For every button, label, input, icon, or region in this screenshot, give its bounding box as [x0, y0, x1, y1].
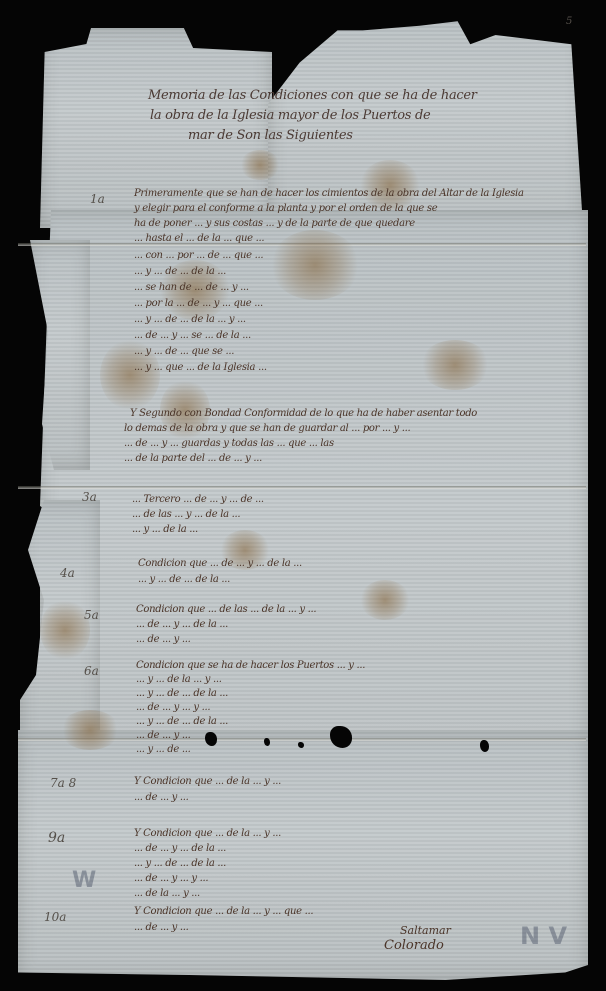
text-line: Condicion que ... de ... y ... de la ... — [138, 558, 302, 569]
water-stain — [270, 230, 360, 300]
text-line: ... y ... de ... de la ... — [136, 716, 228, 727]
margin-number: 5a — [84, 608, 99, 622]
text-line: ... de ... y ... guardas y todas las ...… — [124, 438, 334, 449]
text-line: ... se han de ... de ... y ... — [134, 282, 249, 293]
water-stain — [60, 710, 120, 750]
text-line: ... de ... y ... — [134, 922, 189, 933]
text-line: y elegir para el conforme a la planta y … — [134, 203, 437, 214]
margin-number: 7a 8 — [50, 776, 76, 790]
fold-line-2 — [18, 486, 586, 489]
text-line: ... de ... y ... se ... de la ... — [134, 330, 251, 341]
text-line: ha de poner ... y sus costas ... y de la… — [134, 218, 415, 229]
text-line: lo demas de la obra y que se han de guar… — [124, 423, 410, 434]
text-line: ... y ... de ... de la ... — [134, 266, 226, 277]
worm-hole — [330, 726, 352, 748]
text-line: ... de la ... y ... — [134, 888, 200, 899]
text-line: ... por la ... de ... y ... que ... — [134, 298, 263, 309]
water-stain — [40, 600, 90, 660]
text-line: Primeramente que se han de hacer los cim… — [134, 188, 524, 199]
paper-left-flap — [30, 240, 90, 470]
text-line: Condicion que ... de las ... de la ... y… — [136, 604, 316, 615]
text-line: Y Condicion que ... de la ... y ... — [134, 776, 281, 787]
text-line: ... y ... de la ... — [132, 524, 198, 535]
margin-number: 3a — [82, 490, 97, 504]
page-number: 5 — [566, 16, 572, 27]
worm-hole — [298, 742, 304, 748]
text-line: ... y ... de ... de la ... — [136, 688, 228, 699]
worm-hole — [480, 740, 489, 752]
margin-number: 4a — [60, 566, 75, 580]
text-line: Y Segundo con Bondad Conformidad de lo q… — [130, 408, 477, 419]
text-line: ... de ... y ... y ... — [136, 702, 210, 713]
text-line: ... hasta el ... de la ... que ... — [134, 233, 264, 244]
text-line: Condicion que se ha de hacer los Puertos… — [136, 660, 365, 671]
text-line: ... de la parte del ... de ... y ... — [124, 453, 262, 464]
text-line: ... y ... de la ... y ... — [136, 674, 222, 685]
margin-number: 6a — [84, 664, 99, 678]
pencil-mark: N V — [520, 922, 567, 950]
margin-number: 10a — [44, 910, 66, 924]
text-line: ... de ... y ... — [136, 730, 191, 741]
signature-above: Saltamar — [400, 924, 451, 937]
worm-hole — [264, 738, 270, 746]
text-line: ... Tercero ... de ... y ... de ... — [132, 494, 264, 505]
margin-number: 9a — [48, 830, 65, 846]
document-title: Memoria de las Condiciones con que se ha… — [140, 88, 560, 158]
text-line: ... de ... y ... y ... — [134, 873, 208, 884]
text-line: ... de ... y ... de la ... — [134, 843, 226, 854]
text-line: ... de ... y ... — [134, 792, 189, 803]
title-line: la obra de la Iglesia mayor de los Puert… — [150, 108, 430, 123]
text-line: ... de ... y ... de la ... — [136, 619, 228, 630]
text-line: ... de las ... y ... de la ... — [132, 509, 240, 520]
text-line: ... y ... de ... de la ... — [138, 574, 230, 585]
text-line: Y Condicion que ... de la ... y ... que … — [134, 906, 313, 917]
text-line: ... y ... de ... de la ... y ... — [134, 314, 246, 325]
text-line: ... y ... de ... — [136, 744, 191, 755]
margin-number: 1a — [90, 192, 105, 206]
text-line: ... con ... por ... de ... que ... — [134, 250, 263, 261]
text-line: ... de ... y ... — [136, 634, 191, 645]
pencil-mark-left: W — [72, 868, 96, 893]
signature: Colorado — [384, 938, 444, 953]
text-line: ... y ... de ... que se ... — [134, 346, 234, 357]
title-line: mar de Son las Siguientes — [188, 128, 353, 143]
title-line: Memoria de las Condiciones con que se ha… — [148, 88, 477, 103]
water-stain — [420, 340, 490, 390]
water-stain — [360, 580, 410, 620]
paper-bottom-fragment — [18, 730, 588, 980]
text-line: ... y ... que ... de la Iglesia ... — [134, 362, 267, 373]
text-line: ... y ... de ... de la ... — [134, 858, 226, 869]
worm-hole — [205, 732, 217, 746]
text-line: Y Condicion que ... de la ... y ... — [134, 828, 281, 839]
